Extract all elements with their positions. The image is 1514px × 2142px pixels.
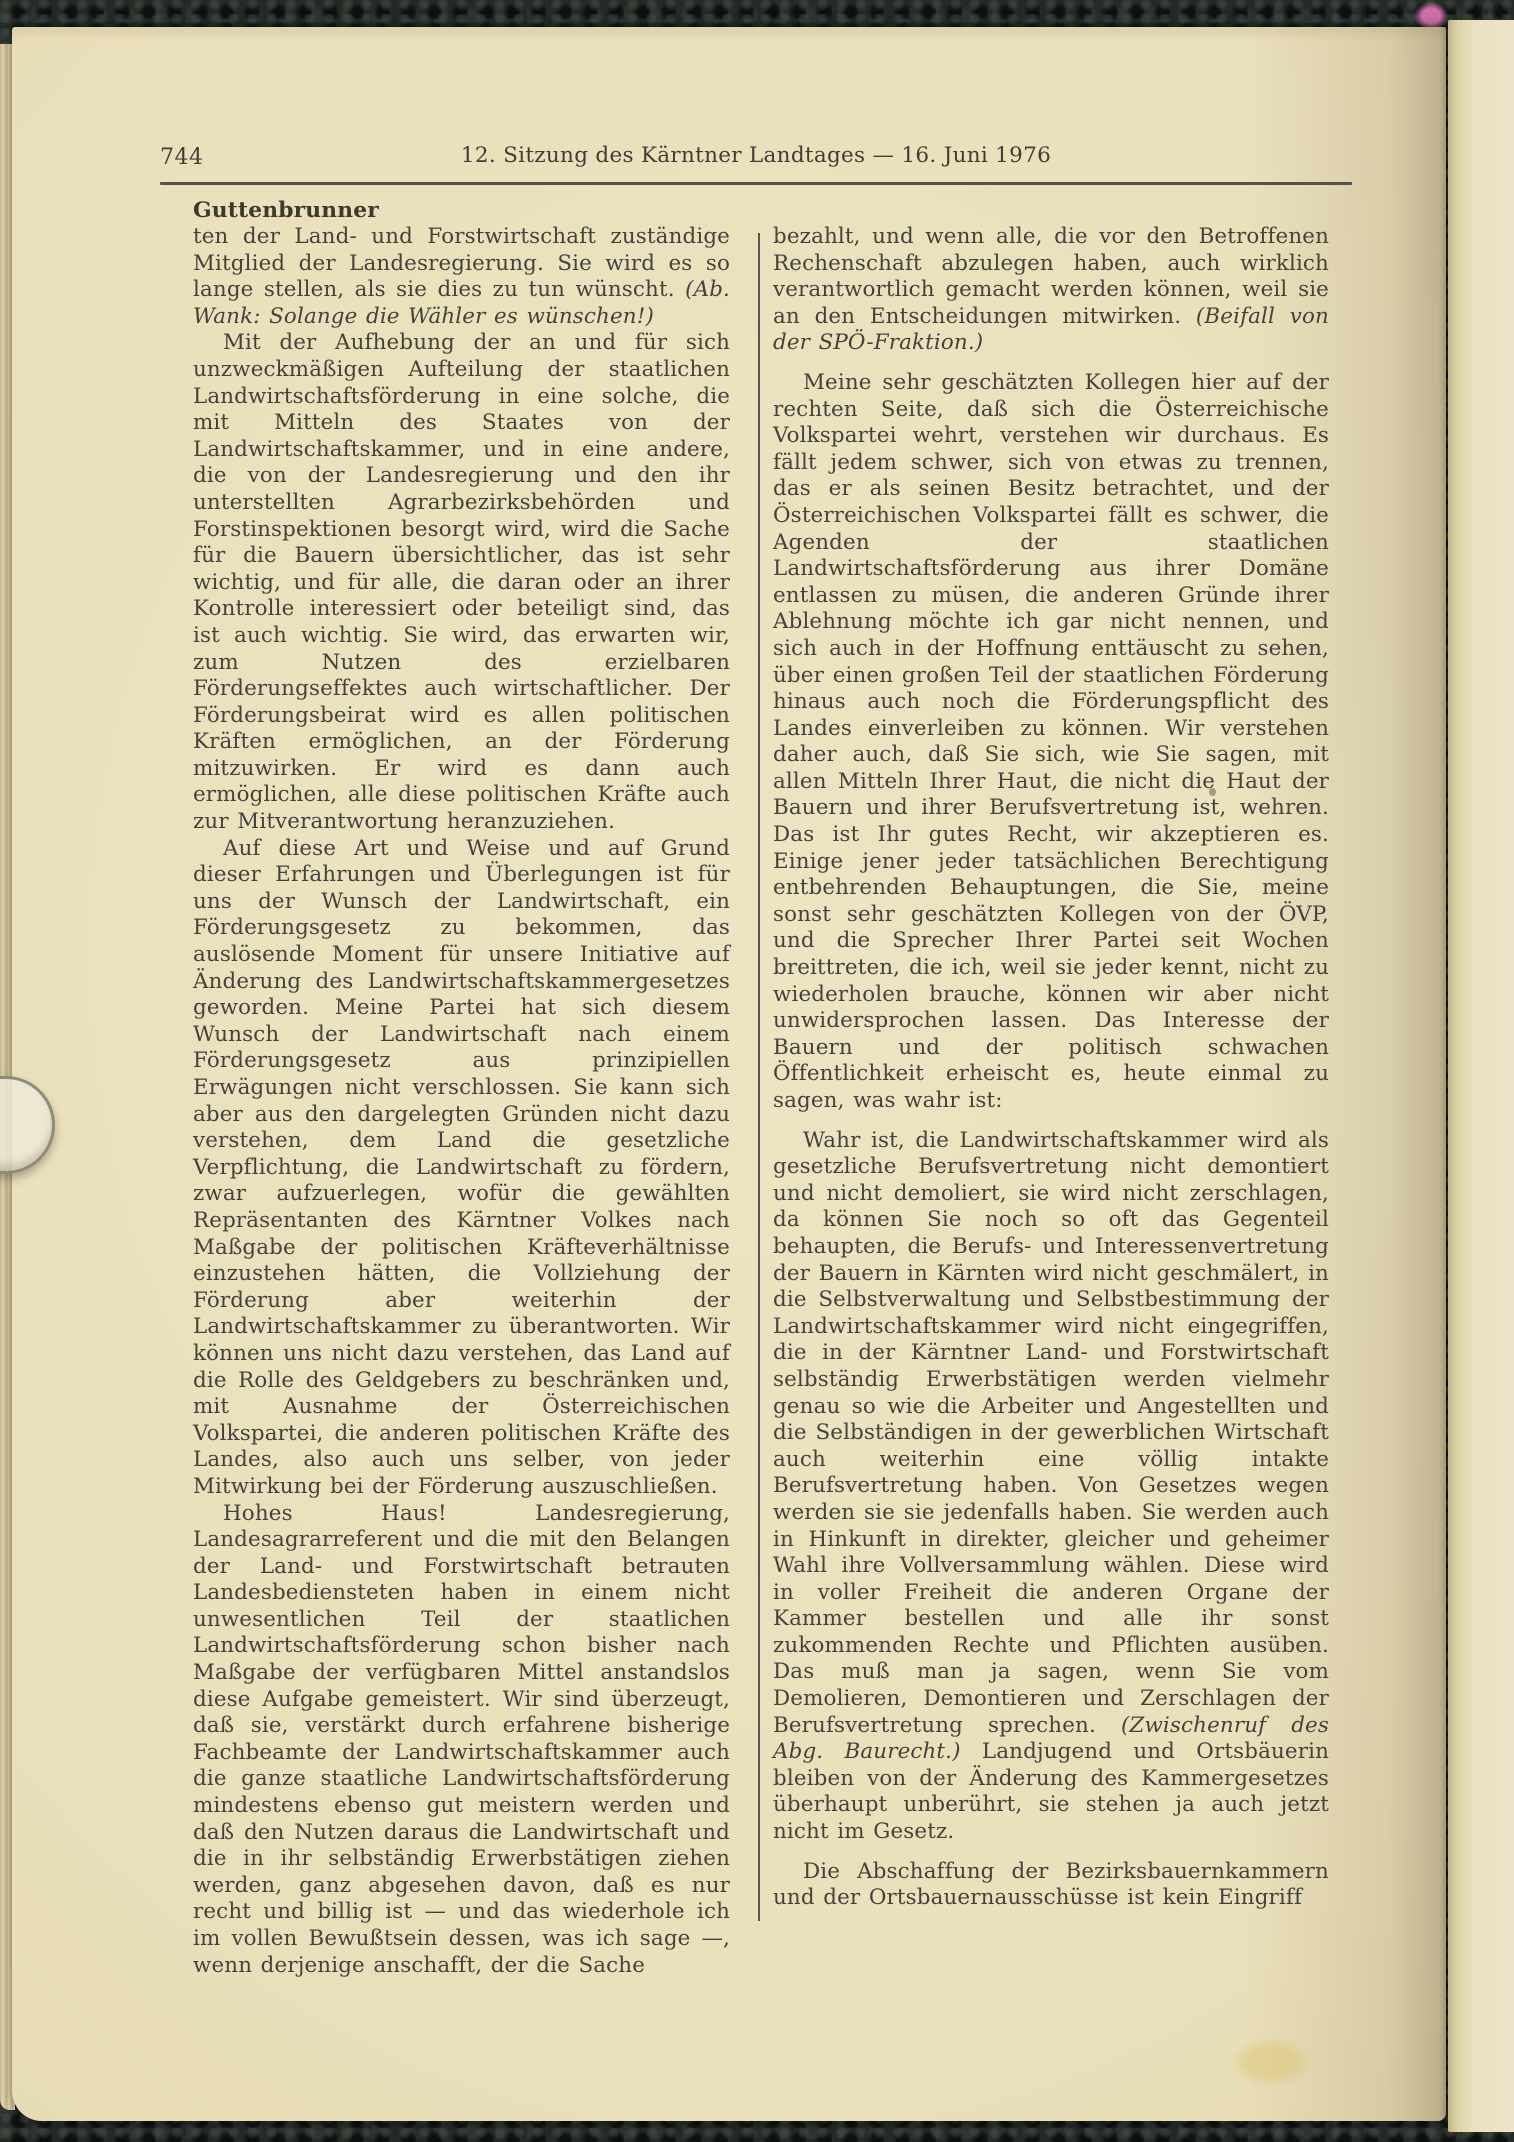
paragraph: Wahr ist, die Landwirtschaftskammer wird…	[773, 1128, 1329, 1846]
paragraph: bezahlt, und wenn alle, die vor den Betr…	[773, 224, 1329, 357]
paper-speck	[1209, 788, 1216, 796]
paragraph: Die Abschaffung der Bezirksbauernkammern…	[773, 1859, 1329, 1912]
speech-text: Hohes Haus! Landesregierung, Landesagrar…	[193, 1501, 730, 1978]
speech-text: ten der Land- und Forstwirtschaft zustän…	[193, 224, 730, 302]
page-header-title: 12. Sitzung des Kärntner Landtages — 16.…	[193, 143, 1319, 168]
stain-mark	[1232, 2038, 1310, 2086]
paragraph: Auf diese Art und Weise und auf Grund di…	[193, 836, 730, 1501]
page-header: 744 12. Sitzung des Kärntner Landtages —…	[160, 143, 1352, 175]
left-column: Guttenbrunner ten der Land- und Forstwir…	[193, 197, 730, 1979]
scanned-book-photo: 744 12. Sitzung des Kärntner Landtages —…	[0, 0, 1514, 2142]
paragraph: Mit der Aufhebung der an und für sich un…	[193, 330, 730, 835]
speech-text: Wahr ist, die Landwirtschaftskammer wird…	[773, 1128, 1329, 1738]
paragraph: ten der Land- und Forstwirtschaft zustän…	[193, 224, 730, 330]
paragraph: Hohes Haus! Landesregierung, Landesagrar…	[193, 1501, 730, 1980]
speaker-name: Guttenbrunner	[193, 197, 730, 224]
speech-text: Die Abschaffung der Bezirksbauernkammern…	[773, 1859, 1329, 1911]
right-column: bezahlt, und wenn alle, die vor den Betr…	[773, 197, 1329, 1912]
speech-text: Auf diese Art und Weise und auf Grund di…	[193, 836, 730, 1499]
document-page: 744 12. Sitzung des Kärntner Landtages —…	[12, 27, 1446, 2121]
column-divider	[758, 233, 760, 1921]
speech-text: Meine sehr geschätzten Kollegen hier auf…	[773, 370, 1329, 1113]
pink-mark	[1414, 2, 1448, 30]
header-rule	[160, 182, 1352, 185]
paragraph: Meine sehr geschätzten Kollegen hier auf…	[773, 370, 1329, 1115]
adjacent-page-edge	[1448, 20, 1514, 2132]
speech-text: Mit der Aufhebung der an und für sich un…	[193, 330, 730, 834]
